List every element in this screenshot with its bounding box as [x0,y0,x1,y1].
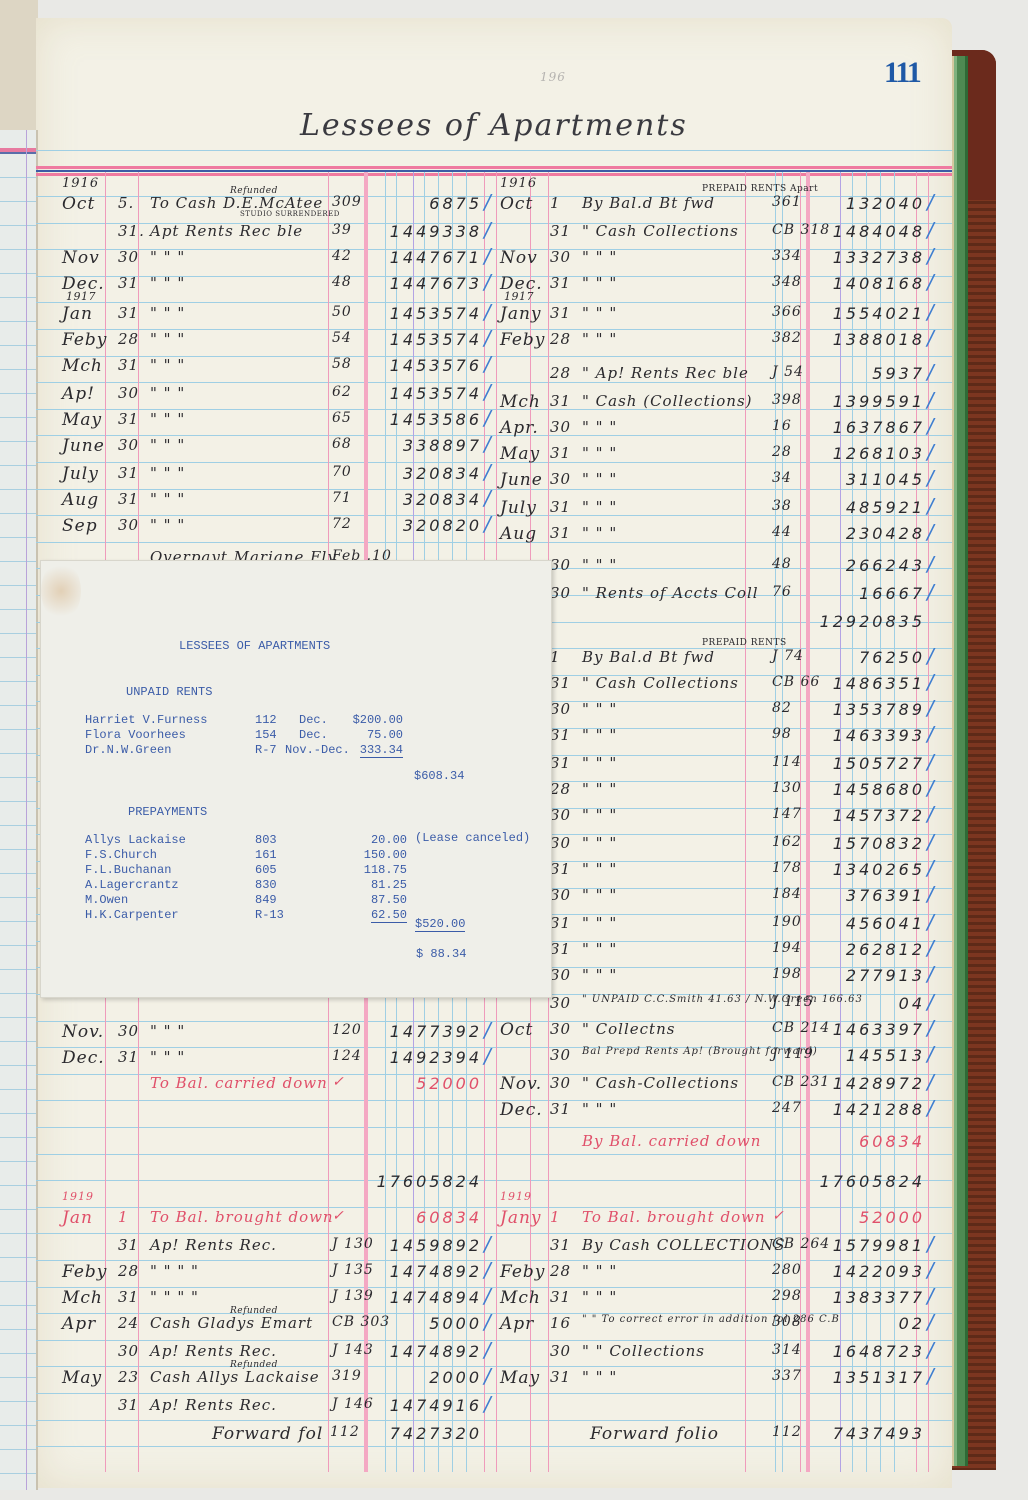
credit-description: " " " [582,914,617,932]
check-mark-icon: / [927,1016,934,1040]
credit-day: 31 [550,304,571,322]
prepay-unit: 605 [255,863,277,877]
debit-amount: 1477392 [390,1022,482,1041]
debit-description: " " " [150,304,185,322]
unpaid-period: Dec. [299,728,328,742]
prepay-name: F.S.Church [85,848,157,862]
credit-description: " " " [582,806,617,824]
debit-month: Feby [62,1262,107,1282]
credit-amount: 16667 [859,584,925,603]
credit-description: " Collectns [582,1020,675,1038]
debit-description: " " " [150,356,185,374]
debit-month: Oct [62,194,95,214]
credit-day: 30 [550,966,571,984]
debit-month: Mch [62,1288,103,1308]
check-mark-icon: / [484,512,491,536]
credit-folio: 398 [772,392,802,408]
credit-description: " " " [582,556,617,574]
credit-month: Jany [500,1208,542,1228]
debit-amount: 1453576 [390,356,482,375]
credit-description: " " " [582,860,617,878]
credit-folio: 366 [772,304,802,320]
credit-amount: 1383377 [833,1288,925,1307]
net-total: $ 88.34 [416,947,466,961]
credit-folio: 280 [772,1262,802,1278]
credit-folio: 247 [772,1100,802,1116]
debit-forward-label: Forward fol [212,1424,323,1444]
credit-description: " " " [582,966,617,984]
debit-description: " " " [150,330,185,348]
credit-amount: 1388018 [833,330,925,349]
debit-note: STUDIO SURRENDERED [240,210,340,218]
credit-day: 28 [550,780,571,798]
debit-month: May [62,1368,102,1388]
credit-folio: 82 [772,700,792,716]
credit-month: Nov [500,248,538,268]
check-mark-icon: / [927,722,934,746]
check-mark-icon: / [927,830,934,854]
debit-description: " " " [150,1022,185,1040]
credit-day: 31 [550,392,571,410]
check-mark-icon: / [927,1338,934,1362]
check-mark-icon: / [484,1258,491,1282]
debit-description: " " " [150,410,185,428]
credit-day: 28 [550,330,571,348]
credit-folio: 194 [772,940,802,956]
debit-day: 31 [118,1396,139,1414]
credit-amount: 1422093 [833,1262,925,1281]
credit-description: " " " [582,700,617,718]
check-mark-icon: / [927,962,934,986]
credit-month: May [500,1368,540,1388]
check-mark-icon: / [927,552,934,576]
credit-description: " Cash-Collections [582,1074,739,1092]
debit-amount: 1447673 [390,274,482,293]
credit-day: 30 [550,470,571,488]
check-mark-icon: / [927,190,934,214]
unpaid-name: Flora Voorhees [85,728,186,742]
credit-amount: 1579981 [833,1236,925,1255]
debit-month: Aug [62,490,99,510]
prepay-total: $520.00 [415,917,465,932]
prepay-amount: 118.75 [364,863,407,877]
credit-day: 30 [550,886,571,904]
prepay-amount: 150.00 [364,848,407,862]
debit-folio: J 135 [332,1262,374,1278]
credit-day: 31 [550,274,571,292]
debit-folio: CB 303 [332,1314,390,1330]
credit-description: " Ap! Rents Rec ble [582,364,749,382]
debit-folio: 319 [332,1368,362,1384]
debit-amount: 52000 [416,1074,482,1093]
credit-folio: J 119 [772,1046,814,1062]
prepay-note: (Lease canceled) [415,831,530,845]
book-edge-left [0,0,38,130]
credit-folio: CB 264 [772,1236,830,1252]
check-mark-icon: / [927,270,934,294]
credit-folio: ✓ [772,1208,785,1224]
debit-amount: 1474892 [390,1342,482,1361]
check-mark-icon: / [927,388,934,412]
debit-description: Ap! Rents Rec. [150,1236,277,1254]
check-mark-icon: / [484,486,491,510]
unpaid-unit: R-7 [255,743,277,757]
debit-day: 1 [118,1208,129,1226]
credit-day: 31 [550,674,571,692]
credit-folio: 44 [772,524,792,540]
check-mark-icon: / [927,696,934,720]
debit-month: Nov. [62,1022,104,1042]
debit-day: 31 [118,464,139,482]
credit-folio: J 74 [772,648,804,664]
credit-description: " " " [582,886,617,904]
credit-description: " Cash Collections [582,222,739,240]
check-mark-icon: / [927,218,934,242]
check-mark-icon: / [927,1284,934,1308]
credit-amount: 1486351 [833,674,925,693]
credit-folio: J 54 [772,364,804,380]
check-mark-icon: / [484,1338,491,1362]
debit-day: 31 [118,1236,139,1254]
check-mark-icon: / [927,1310,934,1334]
debit-description: " " " [150,274,185,292]
credit-year: 1917 [504,290,534,303]
check-mark-icon: / [927,990,934,1014]
debit-day: 30 [118,1022,139,1040]
credit-day: 31 [550,524,571,542]
debit-day: 28 [118,330,139,348]
credit-month: Oct [500,194,533,214]
debit-forward-folio: 112 [330,1424,360,1440]
check-mark-icon: / [927,910,934,934]
check-mark-icon: / [484,1310,491,1334]
debit-amount: 1453574 [390,304,482,323]
check-mark-icon: / [927,244,934,268]
credit-amount: 1554021 [833,304,925,323]
debit-day: 31 [118,274,139,292]
debit-amount: 5000 [429,1314,482,1333]
credit-folio: 184 [772,886,802,902]
credit-month: Nov. [500,1074,542,1094]
prepay-unit: R-13 [255,908,284,922]
debit-amount: 1474894 [390,1288,482,1307]
credit-day: 31 [550,1288,571,1306]
credit-day: 31 [550,498,571,516]
check-mark-icon: / [927,750,934,774]
credit-amount: 02 [899,1314,925,1333]
unpaid-unit: 154 [255,728,277,742]
debit-month: Mch [62,356,103,376]
credit-folio: 190 [772,914,802,930]
credit-month: Oct [500,1020,533,1040]
check-mark-icon: / [484,326,491,350]
debit-amount: 1453574 [390,330,482,349]
debit-folio: 309 [332,194,362,210]
credit-day: 31 [550,754,571,772]
credit-folio: 334 [772,248,802,264]
debit-month: June [62,436,105,456]
debit-month: May [62,410,102,430]
check-mark-icon: / [484,460,491,484]
debit-day: 31 [118,356,139,374]
credit-day: 31 [550,1100,571,1118]
credit-amount: 52000 [859,1208,925,1227]
prepay-unit: 161 [255,848,277,862]
credit-description: By Bal.d Bt fwd [582,194,715,212]
debit-description: " " " " [150,1288,199,1306]
debit-amount: 1474892 [390,1262,482,1281]
credit-forward-folio: 112 [772,1424,802,1440]
credit-folio: 34 [772,470,792,486]
credit-folio: 198 [772,966,802,982]
debit-month: Jan [62,1208,93,1228]
check-mark-icon: / [927,326,934,350]
credit-description: " " " [582,1100,617,1118]
check-mark-icon: / [927,494,934,518]
credit-month: Aug [500,524,537,544]
credit-month: Jany [500,304,542,324]
debit-amount: 1492394 [390,1048,482,1067]
credit-amount: 1351317 [833,1368,925,1387]
credit-folio: CB 66 [772,674,820,690]
check-mark-icon: / [927,644,934,668]
credit-amount: 145513 [846,1046,925,1065]
credit-amount: 1463397 [833,1020,925,1039]
typed-insert-sheet: LESSEES OF APARTMENTS UNPAID RENTS Harri… [40,560,552,998]
debit-month: Jan [62,304,93,324]
credit-amount: 1332738 [833,248,925,267]
debit-description: " " " [150,464,185,482]
prepay-name: A.Lagercrantz [85,878,179,892]
credit-description: " " " [582,1288,617,1306]
credit-amount: 376391 [846,886,925,905]
debit-year-1919: 1919 [62,1190,94,1203]
check-mark-icon: / [927,776,934,800]
check-mark-icon: / [927,1096,934,1120]
credit-folio: 130 [772,780,802,796]
credit-amount: 1399591 [833,392,925,411]
credit-description: " " " [582,470,617,488]
credit-description: " " " [582,330,617,348]
unpaid-name: Dr.N.W.Green [85,743,171,757]
credit-day: 1 [550,194,561,212]
debit-description: " " " [150,248,185,266]
page-edge-stripe [952,56,968,1466]
debit-description: Cash Allys Lackaise [150,1368,320,1386]
credit-folio: 48 [772,556,792,572]
debit-day: 31 [118,1048,139,1066]
check-mark-icon: / [927,936,934,960]
unpaid-unit: 112 [255,713,277,727]
check-mark-icon: / [484,432,491,456]
credit-description: " " " [582,444,617,462]
prepay-unit: 803 [255,833,277,847]
credit-note: PREPAID RENTS [702,638,787,648]
debit-folio: 70 [332,464,352,480]
debit-description: To Bal. brought down [150,1208,334,1226]
check-mark-icon: / [484,1018,491,1042]
check-mark-icon: / [484,1392,491,1416]
credit-day: 31 [550,914,571,932]
debit-folio: J 139 [332,1288,374,1304]
credit-description: " " " [582,940,617,958]
debit-year: 1917 [66,290,96,303]
credit-folio: 162 [772,834,802,850]
pencil-note: 196 [540,70,566,84]
credit-folio: 38 [772,498,792,514]
credit-month: Apr. [500,418,539,438]
credit-note: PREPAID RENTS Apart [702,184,818,194]
credit-forward-amount: 7437493 [833,1424,925,1443]
debit-year: 1916 [62,176,99,191]
debit-folio: ✓ [332,1208,345,1224]
credit-amount: 1428972 [833,1074,925,1093]
prepay-heading: PREPAYMENTS [128,805,207,819]
credit-folio: 98 [772,726,792,742]
credit-folio: J 115 [772,994,814,1010]
check-mark-icon: / [484,380,491,404]
check-mark-icon: / [484,1044,491,1068]
debit-day: 5. [118,194,134,212]
debit-amount: 1459892 [390,1236,482,1255]
credit-month: July [500,498,537,518]
check-mark-icon: / [927,1258,934,1282]
debit-day: 30 [118,248,139,266]
debit-description: " " " [150,490,185,508]
credit-amount: 1457372 [833,806,925,825]
credit-amount: 1484048 [833,222,925,241]
debit-description: " " " " [150,1262,199,1280]
credit-amount: 1570832 [833,834,925,853]
credit-amount: 1408168 [833,274,925,293]
debit-folio: 50 [332,304,352,320]
check-mark-icon: / [927,856,934,880]
credit-folio: CB 231 [772,1074,830,1090]
credit-day: 31 [550,1368,571,1386]
credit-description: " " " [582,304,617,322]
check-mark-icon: / [927,670,934,694]
check-mark-icon: / [927,520,934,544]
check-mark-icon: / [927,360,934,384]
credit-folio: 308 [772,1314,802,1330]
check-mark-icon: / [484,1364,491,1388]
unpaid-amount: 333.34 [360,743,403,758]
debit-folio: 39 [332,222,352,238]
credit-description: By Cash COLLECTIONS [582,1236,786,1254]
debit-amount: 6875 [429,194,482,213]
check-mark-icon: / [927,1364,934,1388]
credit-day: 31 [550,726,571,744]
check-mark-icon: / [484,218,491,242]
debit-folio: 120 [332,1022,362,1038]
check-mark-icon: / [484,1232,491,1256]
debit-description: Apt Rents Rec ble [150,222,303,240]
debit-amount: 320834 [403,464,482,483]
credit-amount: 132040 [846,194,925,213]
debit-folio: 65 [332,410,352,426]
debit-month: Nov [62,248,100,268]
credit-month: June [500,470,543,490]
credit-amount: 60834 [859,1132,925,1151]
credit-day: 30 [550,700,571,718]
debit-amount: 1447671 [390,248,482,267]
check-mark-icon: / [484,270,491,294]
credit-folio: 382 [772,330,802,346]
page-number: 111 [884,56,920,90]
debit-day: 30 [118,384,139,402]
prepay-amount: 20.00 [371,833,407,847]
debit-folio: ✓ [332,1074,345,1090]
check-mark-icon: / [927,414,934,438]
credit-description: By Bal.d Bt fwd [582,648,715,666]
prepay-unit: 849 [255,893,277,907]
credit-amount: 1648723 [833,1342,925,1361]
debit-day: 28 [118,1262,139,1280]
debit-forward-amount: 7427320 [390,1424,482,1443]
credit-amount: 1637867 [833,418,925,437]
credit-description: " " " [582,834,617,852]
unpaid-amount: 75.00 [367,728,403,742]
prepay-name: Allys Lackaise [85,833,186,847]
check-mark-icon: / [484,244,491,268]
debit-amount: 1453574 [390,384,482,403]
debit-description: " " " [150,436,185,454]
debit-description: " " " [150,384,185,402]
debit-description: Ap! Rents Rec. [150,1396,277,1414]
unpaid-name: Harriet V.Furness [85,713,207,727]
credit-description: " " " [582,418,617,436]
credit-description: By Bal. carried down [582,1132,761,1150]
debit-folio: J 146 [332,1396,374,1412]
credit-day: 31 [550,1236,571,1254]
credit-month: Dec. [500,1100,543,1120]
prepay-amount: 62.50 [371,908,407,923]
debit-month: Feby [62,330,107,350]
credit-year-1919: 1919 [500,1190,532,1203]
credit-amount: 1421288 [833,1100,925,1119]
credit-folio: 314 [772,1342,802,1358]
credit-day: 30 [550,418,571,436]
credit-day: 28 [550,364,571,382]
check-mark-icon: / [927,1070,934,1094]
prepay-amount: 87.50 [371,893,407,907]
credit-day: 30 [550,1020,571,1038]
credit-description: " " " [582,274,617,292]
check-mark-icon: / [927,440,934,464]
debit-day: 31. [118,222,145,240]
debit-total: 17605824 [377,1172,482,1191]
credit-day: 28 [550,1262,571,1280]
credit-day: 30 [550,248,571,266]
debit-amount: 2000 [429,1368,482,1387]
credit-description: " " " [582,1368,617,1386]
check-mark-icon: / [484,1284,491,1308]
debit-month: Dec. [62,1048,105,1068]
credit-amount: 76250 [859,648,925,667]
credit-day: 30 [550,556,571,574]
credit-folio: 28 [772,444,792,460]
check-mark-icon: / [927,466,934,490]
credit-amount: 266243 [846,556,925,575]
credit-amount: 1340265 [833,860,925,879]
credit-folio: CB 214 [772,1020,830,1036]
debit-description: Ap! Rents Rec. [150,1342,277,1360]
credit-description: " " " [582,524,617,542]
debit-amount: 338897 [403,436,482,455]
check-mark-icon: / [484,190,491,214]
credit-amount: 1505727 [833,754,925,773]
check-mark-icon: / [927,580,934,604]
